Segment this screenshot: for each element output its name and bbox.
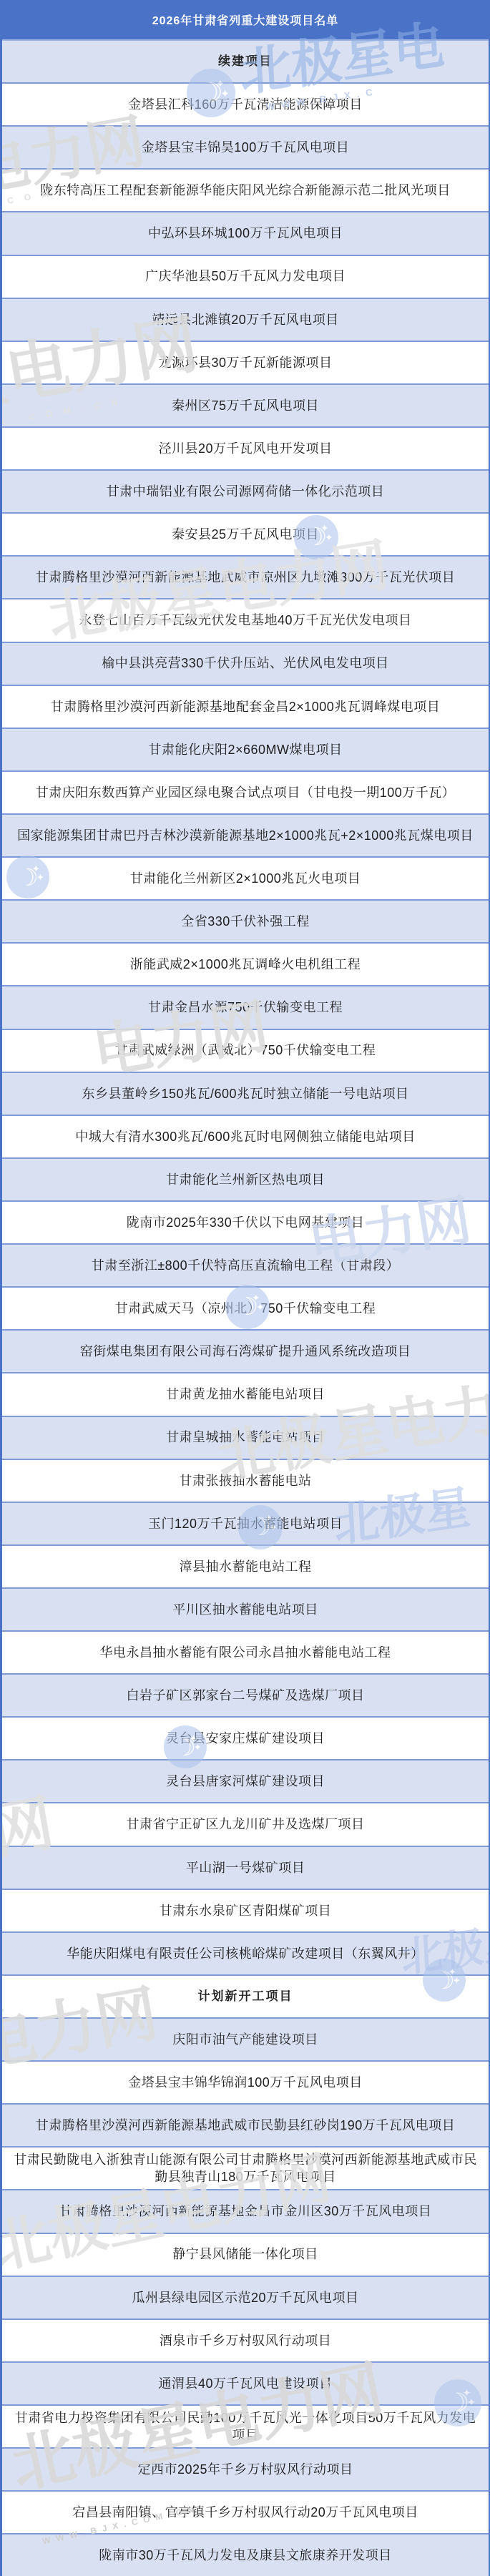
project-name: 白岩子矿区郭家台二号煤矿及选煤厂项目 (127, 1687, 365, 1704)
project-name: 甘肃民勤陇电入浙独青山能源有限公司甘肃腾格里沙漠河西新能源基地武威市民勤县独青山… (14, 2151, 477, 2186)
table-row: 玉门120万千瓦抽水蓄能电站项目 (2, 1503, 489, 1546)
table-row: 华电永昌抽水蓄能有限公司永昌抽水蓄能电站工程 (2, 1632, 489, 1675)
table-row: 中弘环县环城100万千瓦风电项目 (2, 212, 489, 255)
project-list-page: 2026年甘肃省列重大建设项目名单 续建项目 金塔县汇科160万千瓦清洁能源保障… (0, 0, 490, 2576)
table-row: 甘肃黄龙抽水蓄能电站项目 (2, 1373, 489, 1416)
table-row: 浙能武威2×1000兆瓦调峰火电机组工程 (2, 944, 489, 986)
table-row: 金塔县汇科160万千瓦清洁能源保障项目 (2, 84, 489, 127)
table-row: 甘肃武威天马（凉州北）750千伏输变电工程 (2, 1288, 489, 1331)
table-row: 甘肃中瑞铝业有限公司源网荷储一体化示范项目 (2, 471, 489, 514)
project-name: 静宁县风储能一体化项目 (172, 2246, 318, 2263)
table-row: 陇南市2025年330千伏以下电网基建项目 (2, 1202, 489, 1245)
project-name: 陇南市2025年330千伏以下电网基建项目 (127, 1214, 365, 1231)
table-row: 金塔县宝丰锦华锦润100万千瓦风电项目 (2, 2062, 489, 2105)
project-name: 浙能武威2×1000兆瓦调峰火电机组工程 (130, 956, 361, 973)
project-name: 计划新开工项目 (198, 1989, 293, 2005)
project-name: 甘肃省电力投资集团有限公司民勤100万千瓦风光一体化项目50万千瓦风力发电项目 (14, 2409, 477, 2444)
project-name: 甘肃武威天马（凉州北）750千伏输变电工程 (115, 1300, 376, 1317)
project-name: 甘肃皇城抽水蓄能电站项目 (166, 1429, 325, 1446)
project-name: 全省330千伏补强工程 (181, 913, 310, 930)
table-row: 宕昌县南阳镇、官亭镇千乡万村驭风行动20万千瓦风电项目 (2, 2492, 489, 2535)
project-name: 甘肃金昌水源750千伏输变电工程 (148, 999, 343, 1016)
table-row: 灵台县安家庄煤矿建设项目 (2, 1718, 489, 1760)
project-name: 秦州区75万千瓦风电项目 (172, 397, 319, 414)
table-row: 酒泉市千乡万村驭风行动项目 (2, 2320, 489, 2363)
table-row: 漳县抽水蓄能电站工程 (2, 1546, 489, 1589)
table-row: 甘肃至浙江±800千伏特高压直流输电工程（甘肃段） (2, 1245, 489, 1288)
project-name: 中弘环县环城100万千瓦风电项目 (148, 225, 343, 242)
project-name: 榆中县洪亮营330千伏升压站、光伏风电发电项目 (102, 655, 389, 672)
table-row: 甘肃省宁正矿区九龙川矿井及选煤厂项目 (2, 1803, 489, 1846)
project-name: 酒泉市千乡万村驭风行动项目 (160, 2332, 332, 2349)
table-row: 靖远县北滩镇20万千瓦风电项目 (2, 299, 489, 342)
table-row: 甘肃金昌水源750千伏输变电工程 (2, 986, 489, 1029)
project-name: 漳县抽水蓄能电站工程 (180, 1558, 312, 1575)
section-header-row: 计划新开工项目 (2, 1976, 489, 2019)
project-name: 定西市2025年千乡万村驭风行动项目 (137, 2461, 353, 2478)
project-name: 金塔县汇科160万千瓦清洁能源保障项目 (128, 96, 363, 113)
project-name: 续建项目 (218, 54, 273, 70)
table-row: 广庆华池县50万千瓦风力发电项目 (2, 256, 489, 299)
project-name: 灵台县唐家河煤矿建设项目 (166, 1773, 325, 1790)
project-name: 龙源环县30万千瓦新能源项目 (158, 354, 332, 371)
table-row: 甘肃能化兰州新区2×1000兆瓦火电项目 (2, 858, 489, 901)
project-name: 甘肃黄龙抽水蓄能电站项目 (166, 1386, 325, 1403)
project-name: 甘肃庆阳东数西算产业园区绿电聚合试点项目（甘电投一期100万千瓦） (36, 784, 456, 801)
project-name: 玉门120万千瓦抽水蓄能电站项目 (148, 1515, 343, 1532)
project-name: 陇东特高压工程配套新能源华能庆阳风光综合新能源示范二批风光项目 (40, 182, 451, 199)
project-name: 宕昌县南阳镇、官亭镇千乡万村驭风行动20万千瓦风电项目 (72, 2504, 418, 2521)
project-name: 通渭县40万千瓦风电建设项目 (158, 2375, 332, 2392)
project-name: 平川区抽水蓄能电站项目 (172, 1601, 318, 1618)
project-name: 中城大有清水300兆瓦/600兆瓦时电网侧独立储能电站项目 (75, 1128, 416, 1145)
project-name: 金塔县宝丰锦昊100万千瓦风电项目 (142, 139, 350, 156)
table-row: 平山湖一号煤矿项目 (2, 1847, 489, 1890)
table-row: 平川区抽水蓄能电站项目 (2, 1589, 489, 1632)
table-row: 甘肃能化庆阳2×660MW煤电项目 (2, 729, 489, 772)
project-name: 甘肃腾格里沙漠河西新能源基地武威市凉州区九墩滩300万千瓦光伏项目 (36, 569, 456, 586)
table-row: 静宁县风储能一体化项目 (2, 2234, 489, 2277)
table-row: 通渭县40万千瓦风电建设项目 (2, 2363, 489, 2406)
table-row: 甘肃庆阳东数西算产业园区绿电聚合试点项目（甘电投一期100万千瓦） (2, 772, 489, 815)
table-row: 龙源环县30万千瓦新能源项目 (2, 342, 489, 385)
project-name: 甘肃武威绿洲（武威北）750千伏输变电工程 (115, 1042, 376, 1059)
project-name: 泾川县20万千瓦风电开发项目 (158, 440, 332, 457)
table-row: 秦安县25万千瓦风电项目 (2, 514, 489, 557)
table-row: 灵台县唐家河煤矿建设项目 (2, 1760, 489, 1803)
table-row: 泾川县20万千瓦风电开发项目 (2, 428, 489, 471)
project-name: 甘肃能化兰州新区热电项目 (166, 1171, 325, 1188)
project-name: 甘肃腾格里沙漠河西新能源基地配套金昌2×1000兆瓦调峰煤电项目 (51, 698, 441, 715)
table-row: 甘肃皇城抽水蓄能电站项目 (2, 1417, 489, 1460)
project-name: 广庆华池县50万千瓦风力发电项目 (145, 268, 346, 285)
project-name: 华能庆阳煤电有限责任公司核桃峪煤矿改建项目（东翼风井） (67, 1945, 424, 1962)
table-row: 甘肃民勤陇电入浙独青山能源有限公司甘肃腾格里沙漠河西新能源基地武威市民勤县独青山… (2, 2148, 489, 2190)
table-row: 甘肃省电力投资集团有限公司民勤100万千瓦风光一体化项目50万千瓦风力发电项目 (2, 2406, 489, 2449)
section-header-row: 续建项目 (2, 41, 489, 84)
project-name: 东乡县董岭乡150兆瓦/600兆瓦时独立储能一号电站项目 (82, 1085, 408, 1102)
project-name: 陇南市30万千瓦风力发电及康县文旅康养开发项目 (99, 2547, 392, 2564)
project-name: 甘肃能化庆阳2×660MW煤电项目 (148, 741, 342, 758)
project-name: 金塔县宝丰锦华锦润100万千瓦风电项目 (128, 2074, 363, 2091)
table-row: 甘肃腾格里沙漠河西新能源基地金昌市金川区30万千瓦风电项目 (2, 2190, 489, 2233)
table-row: 国家能源集团甘肃巴丹吉林沙漠新能源基地2×1000兆瓦+2×1000兆瓦煤电项目 (2, 815, 489, 858)
project-name: 甘肃张掖抽水蓄能电站 (180, 1472, 312, 1489)
project-name: 甘肃腾格里沙漠河西新能源基地武威市民勤县红砂岗190万千瓦风电项目 (36, 2117, 456, 2134)
project-name: 庆阳市油气产能建设项目 (172, 2031, 318, 2048)
table-row: 金塔县宝丰锦昊100万千瓦风电项目 (2, 127, 489, 170)
table-row: 东乡县董岭乡150兆瓦/600兆瓦时独立储能一号电站项目 (2, 1073, 489, 1116)
table-row: 瓜州县绿电园区示范20万千瓦风电项目 (2, 2277, 489, 2320)
table-row: 甘肃武威绿洲（武威北）750千伏输变电工程 (2, 1030, 489, 1073)
table-row: 窑街煤电集团有限公司海石湾煤矿提升通风系统改造项目 (2, 1331, 489, 1373)
project-name: 华电永昌抽水蓄能有限公司永昌抽水蓄能电站工程 (100, 1644, 391, 1661)
project-name: 瓜州县绿电园区示范20万千瓦风电项目 (132, 2289, 358, 2306)
project-name: 甘肃腾格里沙漠河西新能源基地金昌市金川区30万千瓦风电项目 (59, 2203, 432, 2220)
project-table-body: 续建项目 金塔县汇科160万千瓦清洁能源保障项目 金塔县宝丰锦昊100万千瓦风电… (2, 41, 489, 2576)
table-row: 甘肃东水泉矿区青阳煤矿项目 (2, 1890, 489, 1933)
page-title: 2026年甘肃省列重大建设项目名单 (2, 0, 489, 41)
table-row: 榆中县洪亮营330千伏升压站、光伏风电发电项目 (2, 643, 489, 686)
table-row: 陇东特高压工程配套新能源华能庆阳风光综合新能源示范二批风光项目 (2, 170, 489, 212)
table-row: 甘肃腾格里沙漠河西新能源基地武威市民勤县红砂岗190万千瓦风电项目 (2, 2105, 489, 2148)
table-row: 陇南市30万千瓦风力发电及康县文旅康养开发项目 (2, 2535, 489, 2576)
project-name: 靖远县北滩镇20万千瓦风电项目 (152, 311, 339, 328)
table-row: 白岩子矿区郭家台二号煤矿及选煤厂项目 (2, 1675, 489, 1718)
table-row: 永登七山百万千瓦级光伏发电基地40万千瓦光伏发电项目 (2, 599, 489, 642)
project-name: 秦安县25万千瓦风电项目 (172, 526, 319, 543)
table-row: 秦州区75万千瓦风电项目 (2, 385, 489, 428)
table-row: 庆阳市油气产能建设项目 (2, 2019, 489, 2062)
project-name: 甘肃中瑞铝业有限公司源网荷储一体化示范项目 (107, 483, 385, 500)
table-row: 甘肃腾格里沙漠河西新能源基地武威市凉州区九墩滩300万千瓦光伏项目 (2, 557, 489, 599)
project-name: 平山湖一号煤矿项目 (186, 1859, 305, 1876)
project-name: 甘肃至浙江±800千伏特高压直流输电工程（甘肃段） (92, 1257, 399, 1274)
table-row: 甘肃腾格里沙漠河西新能源基地配套金昌2×1000兆瓦调峰煤电项目 (2, 686, 489, 729)
project-name: 甘肃能化兰州新区2×1000兆瓦火电项目 (130, 870, 361, 887)
project-name: 国家能源集团甘肃巴丹吉林沙漠新能源基地2×1000兆瓦+2×1000兆瓦煤电项目 (17, 827, 474, 844)
project-name: 窑街煤电集团有限公司海石湾煤矿提升通风系统改造项目 (80, 1343, 411, 1360)
table-row: 中城大有清水300兆瓦/600兆瓦时电网侧独立储能电站项目 (2, 1116, 489, 1159)
project-name: 永登七山百万千瓦级光伏发电基地40万千瓦光伏发电项目 (79, 612, 411, 629)
project-name: 甘肃省宁正矿区九龙川矿井及选煤厂项目 (127, 1816, 365, 1833)
project-name: 甘肃东水泉矿区青阳煤矿项目 (160, 1902, 332, 1919)
table-row: 定西市2025年千乡万村驭风行动项目 (2, 2449, 489, 2492)
project-name: 灵台县安家庄煤矿建设项目 (166, 1730, 325, 1747)
table-row: 全省330千伏补强工程 (2, 901, 489, 944)
table-row: 华能庆阳煤电有限责任公司核桃峪煤矿改建项目（东翼风井） (2, 1933, 489, 1976)
table-row: 甘肃能化兰州新区热电项目 (2, 1159, 489, 1202)
table-row: 甘肃张掖抽水蓄能电站 (2, 1460, 489, 1503)
